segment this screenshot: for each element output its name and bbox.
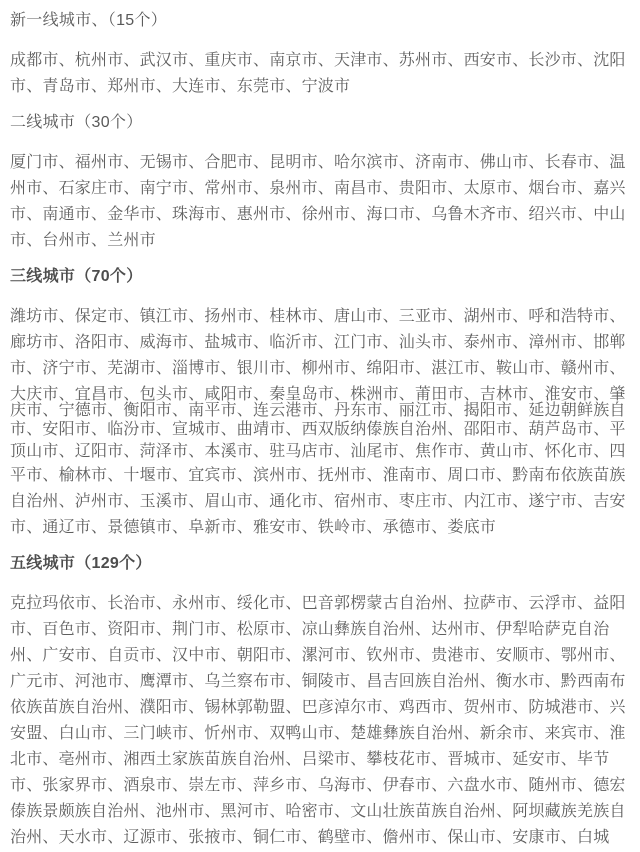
city-list-line: 潍坊市、保定市、镇江市、扬州市、桂林市、唐山市、三亚市、湖州市、呼和浩特市、 <box>10 304 630 330</box>
city-list-line: 厦门市、福州市、无锡市、合肥市、昆明市、哈尔滨市、济南市、佛山市、长春市、温 <box>10 150 630 176</box>
section-heading: 新一线城市、（15个） <box>10 8 630 34</box>
city-list-line: 克拉玛依市、长治市、永州市、绥化市、巴音郭楞蒙古自治州、拉萨市、云浮市、益阳 <box>10 591 630 617</box>
city-tier-section: 二线城市（30个）厦门市、福州市、无锡市、合肥市、昆明市、哈尔滨市、济南市、佛山… <box>10 110 630 254</box>
city-list-line: 傣族景颇族自治州、池州市、黑河市、哈密市、文山壮族苗族自治州、阿坝藏族羌族自 <box>10 799 630 825</box>
city-list-line: 广元市、河池市、鹰潭市、乌兰察布市、铜陵市、昌吉回族自治州、衡水市、黔西南布 <box>10 669 630 695</box>
city-list-line: 北市、亳州市、湘西土家族苗族自治州、吕梁市、攀枝花市、晋城市、延安市、毕节 <box>10 747 630 773</box>
city-list-paragraph: 潍坊市、保定市、镇江市、扬州市、桂林市、唐山市、三亚市、湖州市、呼和浩特市、廊坊… <box>10 304 630 541</box>
city-list-line: 成都市、杭州市、武汉市、重庆市、南京市、天津市、苏州市、西安市、长沙市、沈阳 <box>10 48 630 74</box>
section-heading: 五线城市（129个） <box>10 551 630 577</box>
city-list-paragraph: 成都市、杭州市、武汉市、重庆市、南京市、天津市、苏州市、西安市、长沙市、沈阳市、… <box>10 48 630 100</box>
city-tier-section: 三线城市（70个）潍坊市、保定市、镇江市、扬州市、桂林市、唐山市、三亚市、湖州市… <box>10 264 630 541</box>
city-list-line: 市、通辽市、景德镇市、阜新市、雅安市、铁岭市、承德市、娄底市 <box>10 515 630 541</box>
city-list-line: 廊坊市、洛阳市、威海市、盐城市、临沂市、江门市、汕头市、泰州市、漳州市、邯郸 <box>10 330 630 356</box>
city-list-line: 市、南通市、金华市、珠海市、惠州市、徐州市、海口市、乌鲁木齐市、绍兴市、中山 <box>10 202 630 228</box>
city-list-line: 州、广安市、自贡市、汉中市、朝阳市、漯河市、钦州市、贵港市、安顺市、鄂州市、 <box>10 643 630 669</box>
city-list-paragraph: 厦门市、福州市、无锡市、合肥市、昆明市、哈尔滨市、济南市、佛山市、长春市、温州市… <box>10 150 630 254</box>
city-list-line: 依族苗族自治州、濮阳市、锡林郭勒盟、巴彦淖尔市、鸡西市、贺州市、防城港市、兴 <box>10 695 630 721</box>
city-list-line: 市、张家界市、酒泉市、崇左市、萍乡市、乌海市、伊春市、六盘水市、随州市、德宏 <box>10 773 630 799</box>
section-heading: 三线城市（70个） <box>10 264 630 290</box>
city-list-line: 市、青岛市、郑州市、大连市、东莞市、宁波市 <box>10 74 630 100</box>
city-tier-section: 五线城市（129个）克拉玛依市、长治市、永州市、绥化市、巴音郭楞蒙古自治州、拉萨… <box>10 551 630 851</box>
city-tier-section: 新一线城市、（15个）成都市、杭州市、武汉市、重庆市、南京市、天津市、苏州市、西… <box>10 8 630 100</box>
city-list-line: 安盟、白山市、三门峡市、忻州市、双鸭山市、楚雄彝族自治州、新余市、来宾市、淮 <box>10 721 630 747</box>
section-heading: 二线城市（30个） <box>10 110 630 136</box>
city-list-line: 市、百色市、资阳市、荆门市、松原市、凉山彝族自治州、达州市、伊犁哈萨克自治 <box>10 617 630 643</box>
city-list-line: 自治州、泸州市、玉溪市、眉山市、通化市、宿州市、枣庄市、内江市、遂宁市、吉安 <box>10 489 630 515</box>
city-list-line: 治州、天水市、辽源市、张掖市、铜仁市、鹤壁市、儋州市、保山市、安康市、白城 <box>10 825 630 851</box>
city-list-line: 州市、石家庄市、南宁市、常州市、泉州市、南昌市、贵阳市、太原市、烟台市、嘉兴 <box>10 176 630 202</box>
document: 新一线城市、（15个）成都市、杭州市、武汉市、重庆市、南京市、天津市、苏州市、西… <box>0 0 640 851</box>
city-list-line: 市、台州市、兰州市 <box>10 228 630 254</box>
city-list-line: 顶山市、辽阳市、菏泽市、本溪市、驻马店市、汕尾市、焦作市、黄山市、怀化市、四 <box>10 439 630 465</box>
city-list-line: 市、济宁市、芜湖市、淄博市、银川市、柳州市、绵阳市、湛江市、鞍山市、赣州市、 <box>10 356 630 382</box>
city-list-line: 平市、榆林市、十堰市、宜宾市、滨州市、抚州市、淮南市、周口市、黔南布依族苗族 <box>10 463 630 489</box>
city-list-paragraph: 克拉玛依市、长治市、永州市、绥化市、巴音郭楞蒙古自治州、拉萨市、云浮市、益阳市、… <box>10 591 630 851</box>
